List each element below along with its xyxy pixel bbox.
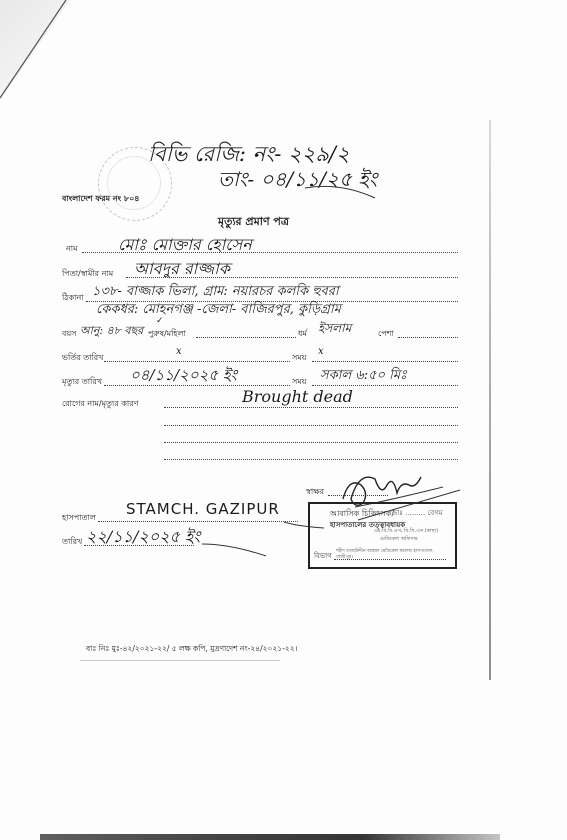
admission-date-label: ভর্তির তারিখ xyxy=(62,352,103,365)
stamp-department-label: বিভাগ xyxy=(314,550,332,562)
address-line-2: কেকধর: মোহনগঞ্জ -জেলা- বাজিরপুর, কুড়িগ্… xyxy=(96,300,341,321)
occupation-dotted-line xyxy=(398,337,458,338)
father-husband-value: আবদুর রাজ্জাক xyxy=(134,256,230,283)
age-label: বয়স xyxy=(62,328,76,341)
cause-label: রোগের নাম/মৃত্যুর কারণ xyxy=(62,398,138,411)
religion-label: ধর্ম xyxy=(298,328,307,341)
cause-extra-line-2 xyxy=(164,442,458,443)
issue-date-label: তারিখ xyxy=(62,536,82,549)
occupation-label: পেশা xyxy=(378,328,394,341)
footer-rule xyxy=(80,660,280,661)
hospital-value: STAMCH. GAZIPUR xyxy=(126,500,280,518)
admission-time-label: সময় xyxy=(292,352,306,365)
cause-dotted-line xyxy=(164,407,458,408)
death-date-value: ০৪/১১/২০২৫ ইং xyxy=(130,364,237,389)
checkmark-icon: ✓ xyxy=(156,316,164,326)
sex-dotted-line xyxy=(196,337,296,338)
religion-value: ইসলাম xyxy=(318,320,351,340)
admission-time-dotted-line xyxy=(312,361,458,362)
death-date-label: মৃত্যুর তারিখ xyxy=(62,376,102,389)
stamp-overlay-stroke-icon xyxy=(284,486,464,536)
page-right-edge xyxy=(489,120,491,680)
sex-label: পুরুষ/মহিলা xyxy=(148,328,186,341)
cause-extra-line-3 xyxy=(164,459,458,460)
issue-date-value: ২২/১১/২০২৫ ইং xyxy=(86,524,200,551)
father-husband-label: পিতা/স্বামীর নাম xyxy=(62,268,113,281)
admission-date-value: x xyxy=(176,346,182,357)
print-footer: বাঃ নিঃ মুঃ-৪২/২০২১-২২/ ৫ লক্ষ কপি, মুদ্… xyxy=(86,644,297,656)
cause-extra-line-1 xyxy=(164,425,458,426)
pen-stroke-icon xyxy=(200,540,270,560)
address-label: ঠিকানা xyxy=(62,292,84,305)
name-value: মোঃ মোক্তার হোসেন xyxy=(118,232,252,259)
form-number: বাংলাদেশ ফরম নং ৮০৪ xyxy=(62,193,140,206)
page-title: মৃত্যুর প্রমাণ পত্র xyxy=(218,213,289,232)
admission-date-dotted-line xyxy=(104,361,290,362)
name-label: নাম xyxy=(66,243,78,256)
cause-value: Brought dead xyxy=(242,387,353,406)
hospital-dotted-line xyxy=(98,521,298,522)
admission-time-value: x xyxy=(318,346,324,357)
stamp-designation: মেডিকেল অফিসার xyxy=(380,536,418,544)
paper-edge-line xyxy=(0,0,70,100)
age-value: আনু: ৪৮ বছর xyxy=(80,322,143,341)
underline-stroke-icon xyxy=(300,178,380,200)
death-time-value: সকাল ৬:৫০ মিঃ xyxy=(320,366,407,387)
page-bottom-edge xyxy=(40,834,500,840)
stamp-department-value: শহীদ তাজউদ্দীন আহমদ মেডিকেল কলেজ হাসপাতা… xyxy=(336,549,450,561)
